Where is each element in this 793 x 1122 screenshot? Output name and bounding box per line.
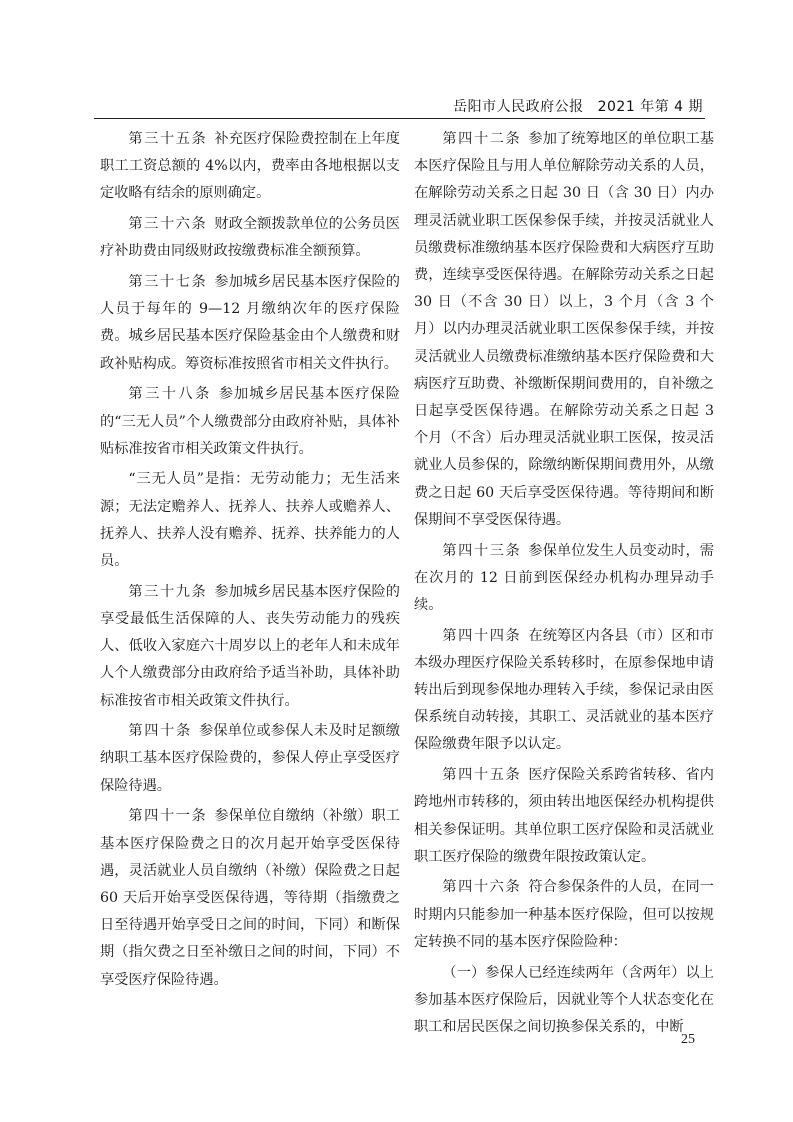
clause-1: （一）参保人已经连续两年（含两年）以上参加基本医疗保险后，因就业等个人状态变化在… bbox=[414, 960, 714, 1042]
article-40: 第四十条参保单位或参保人未及时足额缴纳职工基本医疗保险费的，参保人停止享受医疗保… bbox=[100, 718, 400, 800]
article-43: 第四十三条参保单位发生人员变动时，需在次月的 12 日前到医保经办机构办理异动手… bbox=[414, 538, 714, 620]
page-number: 25 bbox=[681, 1032, 695, 1048]
article-38: 第三十八条参加城乡居民基本医疗保险的“三无人员”个人缴费部分由政府补贴，具体补贴… bbox=[100, 381, 400, 463]
paragraph-text: “三无人员”是指：无劳动能力；无生活来源；无法定赡养人、抚养人、扶养人或赡养人、… bbox=[100, 471, 400, 569]
right-column: 第四十二条参加了统筹地区的单位职工基本医疗保险且与用人单位解除劳动关系的人员，在… bbox=[414, 126, 714, 1045]
paragraph-text: （一）参保人已经连续两年（含两年）以上参加基本医疗保险后，因就业等个人状态变化在… bbox=[414, 965, 714, 1035]
article-36: 第三十六条财政全额拨款单位的公务员医疗补助费由同级财政按缴费标准全额预算。 bbox=[100, 211, 400, 265]
article-37: 第三十七条参加城乡居民基本医疗保险的人员于每年的 9—12 月缴纳次年的医疗保险… bbox=[100, 269, 400, 378]
publication-title: 岳阳市人民政府公报 bbox=[453, 99, 584, 115]
article-label: 第四十五条 bbox=[442, 767, 521, 783]
article-46: 第四十六条符合参保条件的人员，在同一时期内只能参加一种基本医疗保险，但可以按规定… bbox=[414, 874, 714, 956]
article-text: 在统筹区内各县（市）区和市本级办理医疗保险关系转移时，在原参保地申请转出后到现参… bbox=[414, 628, 714, 753]
article-45: 第四十五条医疗保险关系跨省转移、省内跨地州市转移的，须由转出地医保经办机构提供相… bbox=[414, 762, 714, 871]
article-text: 参加城乡居民基本医疗保险的享受最低生活保障的人、丧失劳动能力的残疾人、低收入家庭… bbox=[100, 584, 400, 709]
article-label: 第三十六条 bbox=[128, 216, 207, 232]
issue-number: 2021 年第 4 期 bbox=[598, 99, 703, 115]
article-35: 第三十五条补充医疗保险费控制在上年度职工工资总额的 4%以内，费率由各地根据以支… bbox=[100, 126, 400, 208]
article-label: 第四十一条 bbox=[128, 808, 207, 824]
article-41: 第四十一条参保单位自缴纳（补缴）职工基本医疗保险费之日的次月起开始享受医保待遇，… bbox=[100, 803, 400, 993]
article-label: 第三十七条 bbox=[128, 274, 207, 290]
article-label: 第三十九条 bbox=[128, 584, 207, 600]
article-label: 第四十二条 bbox=[442, 131, 521, 147]
article-label: 第四十六条 bbox=[442, 879, 521, 895]
article-label: 第三十五条 bbox=[128, 131, 207, 147]
article-label: 第四十条 bbox=[128, 723, 191, 739]
article-label: 第四十四条 bbox=[442, 628, 521, 644]
article-39: 第三十九条参加城乡居民基本医疗保险的享受最低生活保障的人、丧失劳动能力的残疾人、… bbox=[100, 579, 400, 715]
article-42: 第四十二条参加了统筹地区的单位职工基本医疗保险且与用人单位解除劳动关系的人员，在… bbox=[414, 126, 714, 534]
running-header: 岳阳市人民政府公报2021 年第 4 期 bbox=[94, 96, 705, 119]
article-44: 第四十四条在统筹区内各县（市）区和市本级办理医疗保险关系转移时，在原参保地申请转… bbox=[414, 623, 714, 759]
article-text: 参保单位自缴纳（补缴）职工基本医疗保险费之日的次月起开始享受医保待遇，灵活就业人… bbox=[100, 808, 400, 987]
definition-paragraph: “三无人员”是指：无劳动能力；无生活来源；无法定赡养人、抚养人、扶养人或赡养人、… bbox=[100, 466, 400, 575]
left-column: 第三十五条补充医疗保险费控制在上年度职工工资总额的 4%以内，费率由各地根据以支… bbox=[100, 126, 400, 997]
header-text: 岳阳市人民政府公报2021 年第 4 期 bbox=[453, 96, 703, 116]
article-label: 第三十八条 bbox=[128, 386, 211, 402]
article-text: 参加了统筹地区的单位职工基本医疗保险且与用人单位解除劳动关系的人员，在解除劳动关… bbox=[414, 131, 714, 528]
article-label: 第四十三条 bbox=[442, 543, 521, 559]
